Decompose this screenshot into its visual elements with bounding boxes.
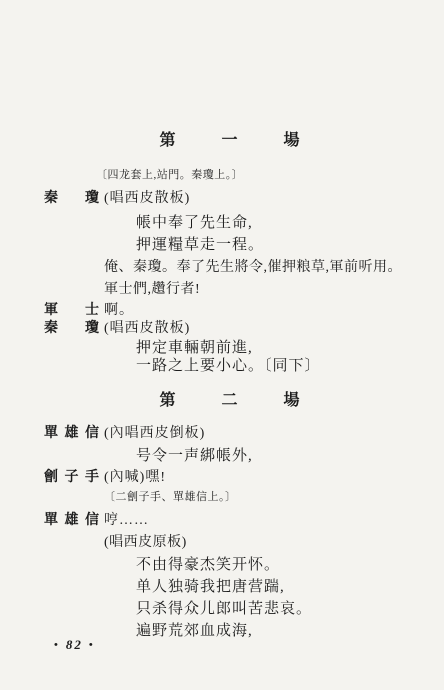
dialogue-text: (唱西皮散板) <box>104 317 190 337</box>
stage-direction: 〔二劊子手、單雄信上。〕 <box>104 488 237 504</box>
dialogue-line: 秦 瓊 (唱西皮散板) <box>44 317 190 337</box>
speech-line: (唱西皮原板) <box>104 531 187 551</box>
speaker-name: 秦 瓊 <box>44 187 100 207</box>
lyric-line: 只杀得众儿郎叫苦悲哀。 <box>136 597 312 618</box>
page-number: •82• <box>54 637 95 653</box>
dialogue-line: 劊子手 (內喊)嘿! <box>44 466 166 486</box>
speaker-name: 軍 士 <box>44 299 100 319</box>
dialogue-text: 哼…… <box>104 509 149 529</box>
dialogue-text: (唱西皮散板) <box>104 187 190 207</box>
lyric-line: 号令一声綁帳外, <box>136 444 253 465</box>
dialogue-line: 軍 士 啊。 <box>44 299 134 319</box>
stage-direction: 〔四龙套上,站門。秦瓊上。〕 <box>96 166 243 182</box>
lyric-line: 帳中奉了先生命, <box>136 211 253 232</box>
lyric-line: 一路之上要小心。〔同下〕 <box>136 354 321 375</box>
footer-left-dot: • <box>54 639 60 651</box>
speaker-name: 單雄信 <box>44 422 100 442</box>
dialogue-line: 單雄信 哼…… <box>44 509 149 529</box>
dialogue-line: 單雄信 (內唱西皮倒板) <box>44 422 205 442</box>
speech-line: 俺、秦瓊。奉了先生將令,催押粮草,軍前听用。 <box>104 256 402 276</box>
footer-number: 82 <box>60 637 89 652</box>
lyric-line: 押運糧草走一程。 <box>136 233 264 254</box>
scene-2-title: 第 二 場 <box>16 387 444 410</box>
lyric-line: 不由得豪杰笑开怀。 <box>136 553 280 574</box>
speech-line: 軍士們,趲行者! <box>104 278 200 298</box>
speaker-name: 單雄信 <box>44 509 100 529</box>
dialogue-text: 啊。 <box>104 299 134 319</box>
lyric-line: 单人独骑我把唐营踹, <box>136 575 285 596</box>
footer-right-dot: • <box>89 639 95 651</box>
dialogue-line: 秦 瓊 (唱西皮散板) <box>44 187 190 207</box>
scene-1-title: 第 一 場 <box>16 127 444 150</box>
dialogue-text: (內喊)嘿! <box>104 466 166 486</box>
speaker-name: 劊子手 <box>44 466 100 486</box>
speaker-name: 秦 瓊 <box>44 317 100 337</box>
script-page: 第 一 場 〔四龙套上,站門。秦瓊上。〕 秦 瓊 (唱西皮散板) 帳中奉了先生命… <box>0 0 444 690</box>
dialogue-text: (內唱西皮倒板) <box>104 422 205 442</box>
lyric-line: 遍野荒郊血成海, <box>136 619 253 640</box>
